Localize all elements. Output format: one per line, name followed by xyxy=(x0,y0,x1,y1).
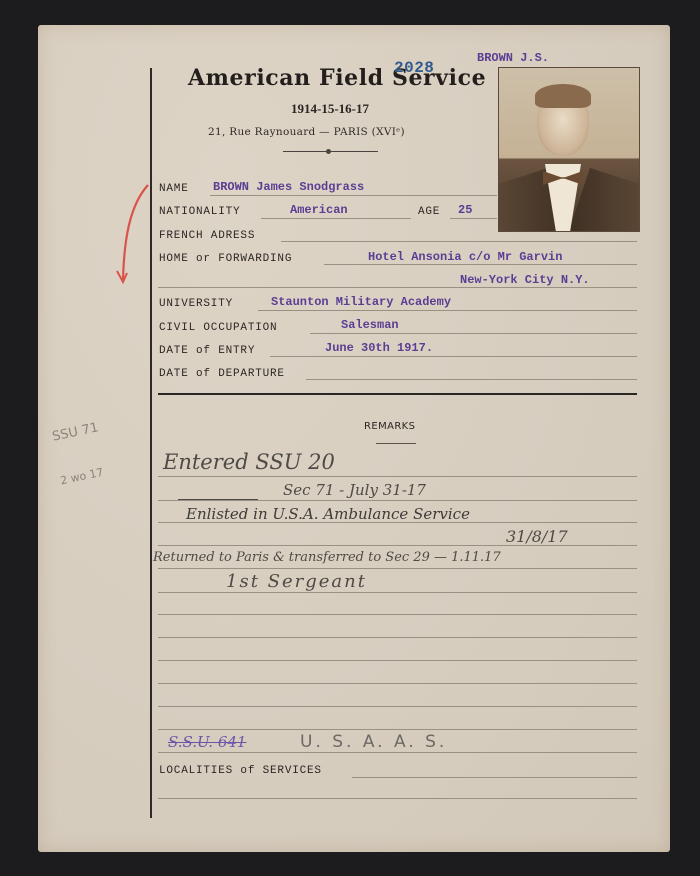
french-address-rule xyxy=(281,241,637,242)
remarks-line xyxy=(158,683,637,684)
home-value-line2: New-York City N.Y. xyxy=(460,273,590,287)
university-label: UNIVERSITY xyxy=(159,298,233,310)
remark-transferred: Returned to Paris & transferred to Sec 2… xyxy=(153,550,501,565)
home-rule xyxy=(324,264,637,265)
remark-rank: 1st Sergeant xyxy=(226,571,367,592)
office-address: 21, Rue Raynouard — PARIS (XVIᵉ) xyxy=(208,126,405,138)
remarks-underline xyxy=(376,443,416,444)
remark-section: Sec 71 - July 31-17 xyxy=(283,481,426,499)
localities-rule xyxy=(352,777,637,778)
entry-date-value: June 30th 1917. xyxy=(325,341,433,355)
french-address-label: FRENCH ADRESS xyxy=(159,230,255,242)
remarks-line xyxy=(158,637,637,638)
localities-rule-2 xyxy=(158,798,637,799)
ornament-dot xyxy=(326,149,331,154)
margin-note-date: 2 wo 17 xyxy=(59,466,104,488)
occupation-rule xyxy=(310,333,637,334)
name-label: NAME xyxy=(159,183,189,195)
card-title: American Field Service xyxy=(188,65,486,91)
left-margin-rule xyxy=(150,68,152,818)
remarks-line xyxy=(158,614,637,615)
remarks-line xyxy=(158,706,637,707)
home-rule-2 xyxy=(158,287,637,288)
section-divider xyxy=(158,393,637,395)
remarks-line xyxy=(158,500,637,501)
remark-entered: Entered SSU 20 xyxy=(163,450,335,474)
entry-date-label: DATE of ENTRY xyxy=(159,345,255,357)
nationality-rule xyxy=(261,218,411,219)
service-record-card: American Field Service 2028 1914-15-16-1… xyxy=(38,25,670,852)
remark-enlisted: Enlisted in U.S.A. Ambulance Service xyxy=(186,505,470,523)
remarks-line xyxy=(158,592,637,593)
record-number-stamp: 2028 xyxy=(394,59,434,77)
home-label: HOME or FORWARDING xyxy=(159,253,292,265)
name-rule xyxy=(210,195,497,196)
university-value: Staunton Military Academy xyxy=(271,295,451,309)
remarks-line xyxy=(158,476,637,477)
localities-label: LOCALITIES of SERVICES xyxy=(159,765,322,777)
remark-underline-stroke xyxy=(178,499,258,500)
university-rule xyxy=(258,310,637,311)
remarks-line xyxy=(158,568,637,569)
remarks-line xyxy=(158,752,637,753)
age-label: AGE xyxy=(418,206,440,218)
nationality-label: NATIONALITY xyxy=(159,206,240,218)
nationality-value: American xyxy=(290,203,348,217)
entry-date-rule xyxy=(270,356,637,357)
remarks-line xyxy=(158,729,637,730)
portrait-photo xyxy=(498,67,640,232)
name-value: BROWN James Snodgrass xyxy=(213,180,364,194)
file-name-tab: BROWN J.S. xyxy=(477,51,549,65)
remarks-line xyxy=(158,660,637,661)
departure-date-label: DATE of DEPARTURE xyxy=(159,368,285,380)
departure-date-rule xyxy=(306,379,637,380)
struck-unit: S.S.U. 641 xyxy=(168,733,246,751)
age-rule xyxy=(450,218,497,219)
photo-hair xyxy=(535,84,591,108)
occupation-label: CIVIL OCCUPATION xyxy=(159,322,277,334)
home-value: Hotel Ansonia c/o Mr Garvin xyxy=(368,250,562,264)
service-unit: U. S. A. A. S. xyxy=(300,732,447,752)
remark-date: 31/8/17 xyxy=(506,527,568,546)
occupation-value: Salesman xyxy=(341,318,399,332)
remarks-heading: REMARKS xyxy=(38,421,670,432)
age-value: 25 xyxy=(458,203,472,217)
red-arrow-icon xyxy=(116,183,152,287)
